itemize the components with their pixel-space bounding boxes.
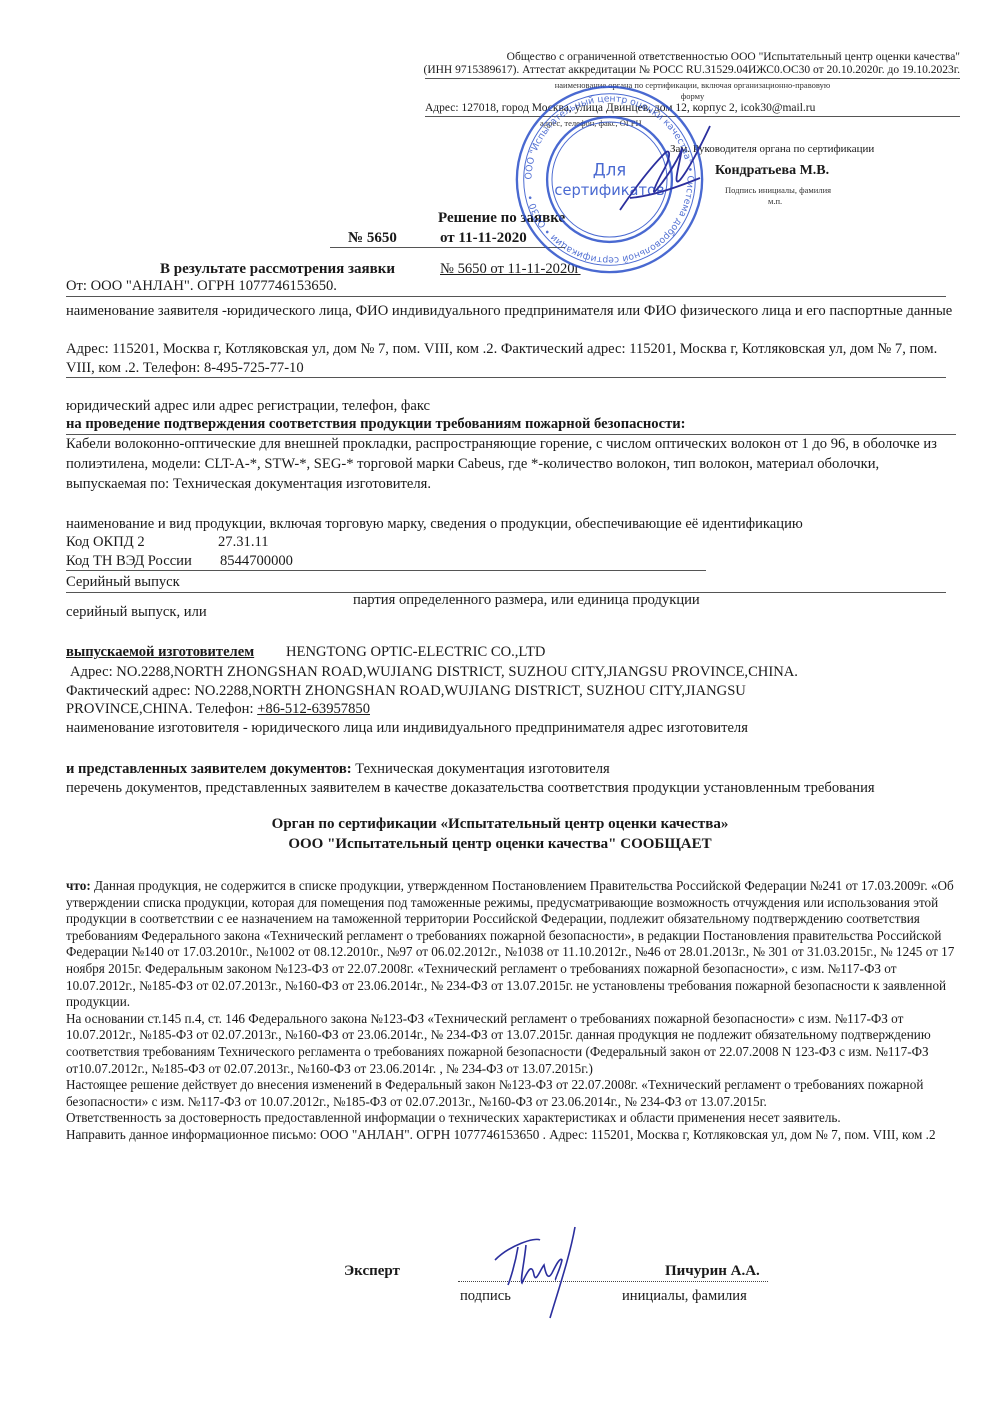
expert-role: Эксперт [344,1263,400,1280]
divider [66,434,956,435]
conclusion-paragraph-1: что: Данная продукция, не содержится в с… [66,878,956,1011]
conclusion-paragraph-5: Направить данное информационное письмо: … [66,1127,956,1144]
product-caption: наименование и вид продукции, включая то… [66,515,803,534]
manufacturer-phone-prefix: PROVINCE,CHINA. Телефон: [66,701,257,717]
conclusion-paragraph-3: Настоящее решение действует до внесения … [66,1077,956,1110]
okpd-label: Код ОКПД 2 [66,533,145,552]
applicant-address: Адрес: 115201, Москва г, Котляковская ул… [66,340,956,378]
expert-name: Пичурин А.А. [665,1263,760,1280]
manufacturer-label: выпускаемой изготовителем [66,643,254,662]
body-heading-2: ООО "Испытательный центр оценки качества… [100,836,900,853]
applicant-from: От: ООО "АНЛАН". ОГРН 1077746153650. [66,277,337,296]
manufacturer-phone-line: PROVINCE,CHINA. Телефон: +86-512-6395785… [66,700,370,719]
divider [66,570,706,571]
series-caption-right: партия определенного размера, или единиц… [353,591,700,610]
divider [66,377,946,378]
head-signature-icon [610,118,720,218]
divider [425,78,960,79]
applicant-caption: наименование заявителя -юридического лиц… [66,302,956,321]
series-value: Серийный выпуск [66,573,180,592]
documents-line: и представленных заявителем документов: … [66,760,610,779]
manufacturer-phone[interactable]: +86-512-63957850 [257,701,370,717]
manufacturer-address: Адрес: NO.2288,NORTH ZHONGSHAN ROAD,WUJI… [70,663,798,682]
applicant-address-caption: юридический адрес или адрес регистрации,… [66,397,430,416]
name-caption: инициалы, фамилия [622,1287,747,1306]
divider [66,296,946,297]
manufacturer-caption: наименование изготовителя - юридического… [66,719,748,738]
conclusion-lead: что: [66,878,91,893]
manufacturer-name: HENGTONG OPTIC-ELECTRIC CO.,LTD [286,643,545,662]
head-sign-caption: Подпись инициалы, фамилия [725,185,831,195]
conclusion-paragraph-4: Ответственность за достоверность предост… [66,1110,956,1127]
conclusion-text-1: Данная продукция, не содержится в списке… [66,878,954,1009]
okpd-value: 27.31.11 [218,533,269,552]
conclusion-body: что: Данная продукция, не содержится в с… [66,878,956,1144]
documents-label: и представленных заявителем документов: [66,761,352,777]
product-heading: на проведение подтверждения соответствия… [66,415,686,434]
series-caption-left: серийный выпуск, или [66,603,207,622]
head-name: Кондратьева М.В. [715,163,829,179]
tnved-label: Код ТН ВЭД России [66,552,192,571]
documents-caption: перечень документов, представленных заяв… [66,779,946,798]
issuer-accreditation: (ИНН 9715389617). Аттестат аккредитации … [405,63,960,77]
body-heading-1: Орган по сертификации «Испытательный цен… [100,816,900,833]
conclusion-paragraph-2: На основании ст.145 п.4, ст. 146 Федерал… [66,1011,956,1077]
decision-number: № 5650 [348,229,397,248]
manufacturer-actual-address: Фактический адрес: NO.2288,NORTH ZHONGSH… [66,682,746,701]
expert-signature-icon [490,1225,580,1320]
mp-caption: м.п. [768,196,782,206]
issuer-org-name: Общество с ограниченной ответственностью… [405,50,960,64]
product-description: Кабели волоконно-оптические для внешней … [66,434,956,494]
tnved-value: 8544700000 [220,552,293,571]
documents-value: Техническая документация изготовителя [352,761,610,777]
